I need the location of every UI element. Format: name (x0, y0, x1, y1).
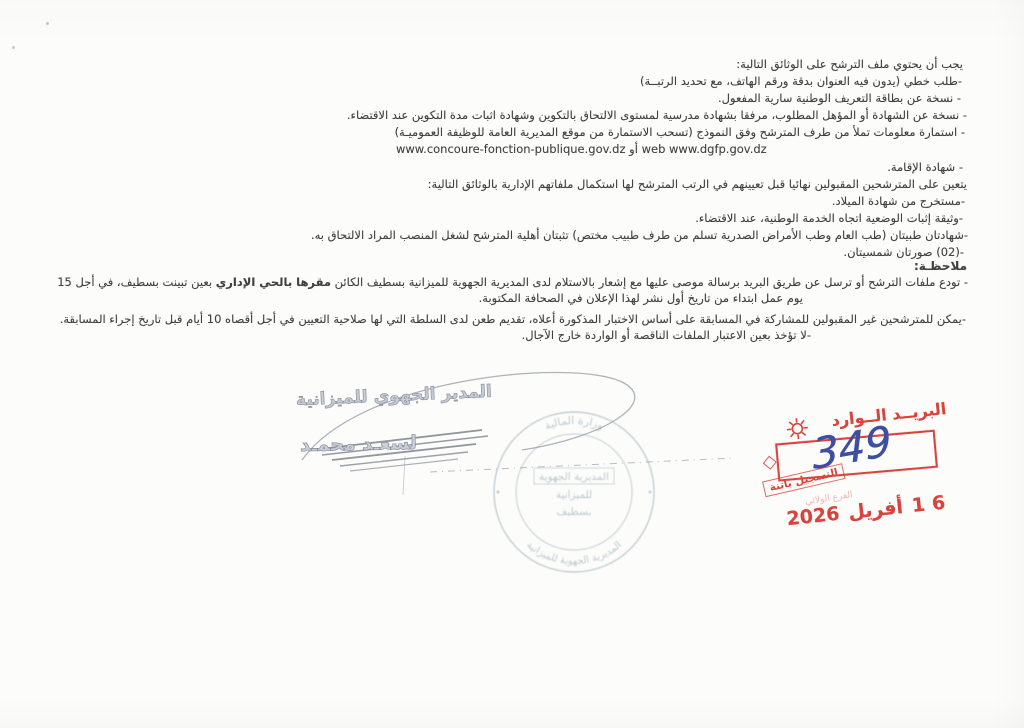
note1-bold: مقرها بالحي الإداري (216, 275, 331, 289)
requirement-item: - شهادة الإقامة. (887, 160, 963, 175)
stamp-bottom-arc-text: المديرية الجهوية للميزانية (524, 540, 624, 567)
stamp-diamond-mark (763, 456, 777, 470)
stamp-top-arc-text: وزارة المالية (543, 414, 606, 433)
official-round-stamp: وزارة المالية المديرية الجهوية للميزانية… (488, 406, 660, 578)
stamp-inner-line1: المديرية الجهوية (539, 471, 609, 483)
svg-text:وزارة المالية: وزارة المالية (543, 414, 606, 433)
final-docs-intro: يتعين على المترشحين المقبولين نهائيا قبل… (428, 177, 967, 192)
requirement-item: - نسخة عن بطاقة التعريف الوطنية سارية ال… (718, 91, 961, 106)
signatory-title: المدير الجهوي للميزانية (296, 382, 493, 411)
scan-speck (12, 46, 15, 49)
requirements-intro: يجب أن يحتوي ملف الترشح على الوثائق التا… (736, 57, 963, 72)
date-month: أفريل (847, 496, 904, 524)
final-doc-item: -مستخرج من شهادة الميلاد. (832, 194, 965, 209)
stamp-inner-line3: بسطيف (557, 506, 592, 518)
final-doc-item: -(02) صورتان شمسيتان. (843, 245, 964, 260)
document-page: يجب أن يحتوي ملف الترشح على الوثائق التا… (0, 0, 1024, 728)
date-year: 2026 (786, 503, 841, 530)
note1-pre: - تودع ملفات الترشح أو ترسل عن طريق البر… (331, 275, 968, 289)
svg-text:المديرية الجهوية للميزانية: المديرية الجهوية للميزانية (524, 540, 624, 567)
signatory-name: لسعـد محمـد (300, 432, 417, 456)
flower-seal-icon (784, 415, 810, 441)
note-item: -لا تؤخذ بعين الاعتبار الملفات الناقصة أ… (522, 328, 811, 343)
requirement-item: -طلب خطي (يدون فيه العنوان بدقة ورقم اله… (640, 74, 962, 89)
final-doc-item: -شهادتان طبيتان (طب العام وطب الأمراض ال… (311, 228, 968, 243)
final-doc-item: -وثيقة إثبات الوضعية اتجاه الخدمة الوطني… (695, 211, 963, 226)
note1-post: بعين تبينت بسطيف، في أجل 15 (57, 275, 216, 289)
note-item-continuation: يوم عمل ابتداء من تاريخ أول نشر لهذا الإ… (479, 291, 803, 306)
note-item: -يمكن للمترشحين غير المقبولين للمشاركة ف… (60, 312, 966, 327)
requirement-item: - استمارة معلومات تملأ من طرف المترشح وف… (395, 125, 965, 140)
website-urls: web www.dgfp.gov.dz أو www.concoure-fonc… (396, 142, 767, 156)
date-day: 16 (911, 491, 954, 517)
scan-speck (46, 22, 49, 25)
note-item: - تودع ملفات الترشح أو ترسل عن طريق البر… (57, 275, 968, 290)
incoming-mail-stamp: البريــد الــوارد 349 التسجيل باتنة الفر… (761, 392, 964, 546)
stamp-inner-line2: للميزانية (556, 489, 592, 501)
note-title: ملاحظـة: (914, 259, 967, 274)
requirement-item: - نسخة عن الشهادة أو المؤهل المطلوب، مرف… (347, 108, 967, 123)
